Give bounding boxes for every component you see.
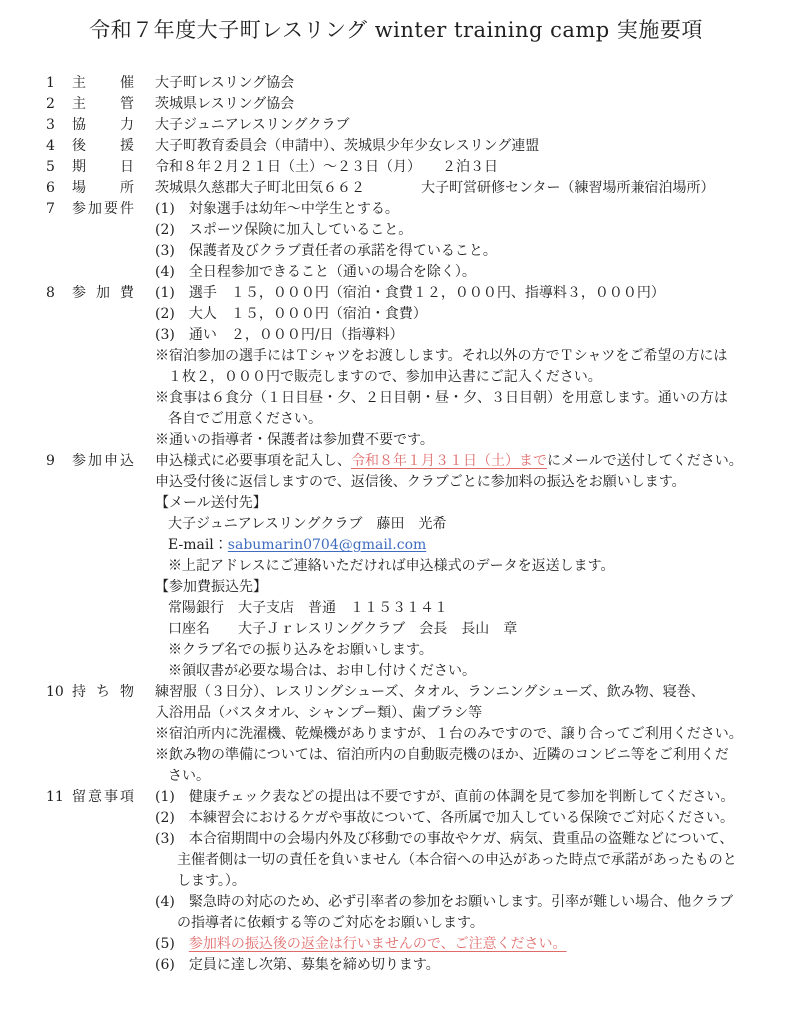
text-segment: 茨城県久慈郡大子町北田気６６２ 大子町営研修センター（練習場所兼宿泊場所） — [155, 180, 714, 196]
section-number: 7 — [46, 199, 72, 220]
document-line: 入浴用品（バスタオル、シャンプー類）、歯ブラシ等 — [155, 703, 792, 724]
text-segment: (1) 健康チェック表などの提出は不要ですが、直前の体調を見て参加を判断してくだ… — [155, 789, 734, 805]
section-label: 後援 — [72, 136, 134, 157]
document-line: 練習服（３日分）、レスリングシューズ、タオル、ランニングシューズ、飲み物、寝巻、 — [155, 682, 792, 703]
text-segment: 大子ジュニアレスリングクラブ 藤田 光希 — [168, 516, 446, 532]
section-content: (1) 対象選手は幼年～中学生とする。(2) スポーツ保険に加入していること。(… — [155, 199, 792, 283]
document-body: 1主催大子町レスリング協会2主管茨城県レスリング協会3協力大子ジュニアレスリング… — [0, 73, 792, 976]
text-segment: 令和８年２月２１日（土）～２３日（月） ２泊３日 — [155, 159, 498, 175]
document-line: 申込様式に必要事項を記入し、令和８年１月３１日（土）までにメールで送付してくださ… — [155, 451, 792, 472]
document-line: 大子町教育委員会（申請中）、茨城県少年少女レスリング連盟 — [155, 136, 792, 157]
section-row: 2主管茨城県レスリング協会 — [0, 94, 792, 115]
section-content: 練習服（３日分）、レスリングシューズ、タオル、ランニングシューズ、飲み物、寝巻、… — [155, 682, 792, 787]
section-number: 6 — [46, 178, 72, 199]
section-content: (1) 健康チェック表などの提出は不要ですが、直前の体調を見て参加を判断してくだ… — [155, 787, 792, 976]
text-segment: ※上記アドレスにご連絡いただければ申込様式のデータを返送します。 — [168, 558, 614, 574]
text-segment: 主催者側は一切の責任を負いません（本合宿への申込があった時点で承諾があったものと — [177, 852, 737, 868]
section-label: 協力 — [72, 115, 134, 136]
section-label: 場所 — [72, 178, 134, 199]
text-segment: にメールで送付してください。 — [547, 453, 743, 469]
document-line: (4) 全日程参加できること（通いの場合を除く）。 — [155, 262, 792, 283]
section-number: 1 — [46, 73, 72, 94]
page-title: 令和７年度大子町レスリング winter training camp 実施要項 — [0, 0, 792, 44]
section-label: 留意事項 — [72, 787, 134, 808]
document-line: 茨城県久慈郡大子町北田気６６２ 大子町営研修センター（練習場所兼宿泊場所） — [155, 178, 792, 199]
section-number: 11 — [46, 787, 72, 808]
document-line: します。）。 — [155, 871, 792, 892]
document-line: 大子ジュニアレスリングクラブ — [155, 115, 792, 136]
section-content: 茨城県レスリング協会 — [155, 94, 792, 115]
text-segment: (5) — [155, 936, 189, 952]
document-line: (3) 通い ２，０００円/日（指導料） — [155, 325, 792, 346]
document-line: (1) 選手 １５，０００円（宿泊・食費１２，０００円、指導料３，０００円） — [155, 283, 792, 304]
text-segment: 入浴用品（バスタオル、シャンプー類）、歯ブラシ等 — [155, 705, 482, 721]
section-content: (1) 選手 １５，０００円（宿泊・食費１２，０００円、指導料３，０００円）(2… — [155, 283, 792, 451]
text-segment: (3) 保護者及びクラブ責任者の承諾を得ていること。 — [155, 243, 497, 259]
document-line: 口座名 大子Ｊｒレスリングクラブ 会長 長山 章 — [155, 619, 792, 640]
text-segment: (3) 本合宿期間中の会場内外及び移動での事故やケガ、病気、貴重品の盗難などにつ… — [155, 831, 733, 847]
red-emphasis-text: 参加料の振込後の返金は行いませんので、ご注意ください。 — [189, 936, 567, 952]
section-number: 5 — [46, 157, 72, 178]
text-segment: (1) 選手 １５，０００円（宿泊・食費１２，０００円、指導料３，０００円） — [155, 285, 665, 301]
text-segment: 【参加費振込先】 — [155, 579, 267, 595]
document-line: (3) 保護者及びクラブ責任者の承諾を得ていること。 — [155, 241, 792, 262]
document-line: 主催者側は一切の責任を負いません（本合宿への申込があった時点で承諾があったものと — [155, 850, 792, 871]
text-segment: 茨城県レスリング協会 — [155, 96, 294, 112]
section-number: 8 — [46, 283, 72, 304]
section-label: 持ち物 — [72, 682, 134, 703]
text-segment: (4) 緊急時の対応のため、必ず引率者の参加をお願いします。引率が難しい場合、他… — [155, 894, 733, 910]
text-segment: (4) 全日程参加できること（通いの場合を除く）。 — [155, 264, 476, 280]
text-segment: 【メール送付先】 — [155, 495, 267, 511]
document-line: １枚２，０００円で販売しますので、参加申込書にご記入ください。 — [155, 367, 792, 388]
document-line: ※クラブ名での振り込みをお願いします。 — [155, 640, 792, 661]
text-segment: 申込様式に必要事項を記入し、 — [155, 453, 351, 469]
section-content: 令和８年２月２１日（土）～２３日（月） ２泊３日 — [155, 157, 792, 178]
document-line: (5) 参加料の振込後の返金は行いませんので、ご注意ください。 — [155, 934, 792, 955]
section-content: 申込様式に必要事項を記入し、令和８年１月３１日（土）までにメールで送付してくださ… — [155, 451, 792, 682]
document-line: (6) 定員に達し次第、募集を締め切ります。 — [155, 955, 792, 976]
document-line: 各自でご用意ください。 — [155, 409, 792, 430]
text-segment: (3) 通い ２，０００円/日（指導料） — [155, 327, 404, 343]
text-segment: １枚２，０００円で販売しますので、参加申込書にご記入ください。 — [168, 369, 602, 385]
text-segment: 練習服（３日分）、レスリングシューズ、タオル、ランニングシューズ、飲み物、寝巻、 — [155, 684, 705, 700]
text-segment: 各自でご用意ください。 — [168, 411, 322, 427]
section-row: 3協力大子ジュニアレスリングクラブ — [0, 115, 792, 136]
text-segment: 大子ジュニアレスリングクラブ — [155, 117, 349, 133]
text-segment: 口座名 大子Ｊｒレスリングクラブ 会長 長山 章 — [168, 621, 517, 637]
text-segment: 常陽銀行 大子支店 普通 １１５３１４１ — [168, 600, 448, 616]
text-segment: します。）。 — [177, 873, 246, 889]
text-segment: E-mail： — [168, 537, 228, 553]
document-line: 常陽銀行 大子支店 普通 １１５３１４１ — [155, 598, 792, 619]
text-segment: ※領収書が必要な場合は、お申し付けください。 — [168, 663, 476, 679]
email-link[interactable]: sabumarin0704@gmail.com — [228, 537, 426, 553]
document-line: 【参加費振込先】 — [155, 577, 792, 598]
section-row: 7参加要件(1) 対象選手は幼年～中学生とする。(2) スポーツ保険に加入してい… — [0, 199, 792, 283]
document-line: 令和８年２月２１日（土）～２３日（月） ２泊３日 — [155, 157, 792, 178]
document-line: さい。 — [155, 766, 792, 787]
section-label: 主催 — [72, 73, 134, 94]
text-segment: 大子町教育委員会（申請中）、茨城県少年少女レスリング連盟 — [155, 138, 539, 154]
document-line: ※領収書が必要な場合は、お申し付けください。 — [155, 661, 792, 682]
section-row: 5期日令和８年２月２１日（土）～２３日（月） ２泊３日 — [0, 157, 792, 178]
text-segment: (2) 大人 １５，０００円（宿泊・食費） — [155, 306, 427, 322]
section-content: 茨城県久慈郡大子町北田気６６２ 大子町営研修センター（練習場所兼宿泊場所） — [155, 178, 792, 199]
section-row: 10持ち物練習服（３日分）、レスリングシューズ、タオル、ランニングシューズ、飲み… — [0, 682, 792, 787]
document-line: (1) 対象選手は幼年～中学生とする。 — [155, 199, 792, 220]
document-line: (1) 健康チェック表などの提出は不要ですが、直前の体調を見て参加を判断してくだ… — [155, 787, 792, 808]
document-line: E-mail：sabumarin0704@gmail.com — [155, 535, 792, 556]
section-row: 4後援大子町教育委員会（申請中）、茨城県少年少女レスリング連盟 — [0, 136, 792, 157]
document-line: 申込受付後に返信しますので、返信後、クラブごとに参加料の振込をお願いします。 — [155, 472, 792, 493]
text-segment: ※クラブ名での振り込みをお願いします。 — [168, 642, 433, 658]
section-number: 2 — [46, 94, 72, 115]
document-line: 茨城県レスリング協会 — [155, 94, 792, 115]
page: 令和７年度大子町レスリング winter training camp 実施要項 … — [0, 0, 792, 1024]
document-line: (4) 緊急時の対応のため、必ず引率者の参加をお願いします。引率が難しい場合、他… — [155, 892, 792, 913]
text-segment: (1) 対象選手は幼年～中学生とする。 — [155, 201, 399, 217]
section-row: 1主催大子町レスリング協会 — [0, 73, 792, 94]
text-segment: ※飲み物の準備については、宿泊所内の自動販売機のほか、近隣のコンビニ等をご利用く… — [155, 747, 729, 763]
section-number: 4 — [46, 136, 72, 157]
text-segment: ※通いの指導者・保護者は参加費不要です。 — [155, 432, 434, 448]
text-segment: の指導者に依頼する等のご対応をお願いします。 — [177, 915, 484, 931]
document-line: 大子町レスリング協会 — [155, 73, 792, 94]
document-line: (3) 本合宿期間中の会場内外及び移動での事故やケガ、病気、貴重品の盗難などにつ… — [155, 829, 792, 850]
document-line: ※宿泊所内に洗濯機、乾燥機がありますが、１台のみですので、譲り合ってご利用くださ… — [155, 724, 792, 745]
text-segment: ※食事は６食分（１日目昼・夕、２日目朝・昼・夕、３日目朝）を用意します。通いの方… — [155, 390, 728, 406]
section-number: 10 — [46, 682, 72, 703]
text-segment: ※宿泊所内に洗濯機、乾燥機がありますが、１台のみですので、譲り合ってご利用くださ… — [155, 726, 743, 742]
text-segment: (6) 定員に達し次第、募集を締め切ります。 — [155, 957, 440, 973]
document-line: 【メール送付先】 — [155, 493, 792, 514]
text-segment: (2) スポーツ保険に加入していること。 — [155, 222, 412, 238]
document-line: ※宿泊参加の選手にはＴシャツをお渡しします。それ以外の方でＴシャツをご希望の方に… — [155, 346, 792, 367]
section-row: 9参加申込申込様式に必要事項を記入し、令和８年１月３１日（土）までにメールで送付… — [0, 451, 792, 682]
section-content: 大子町教育委員会（申請中）、茨城県少年少女レスリング連盟 — [155, 136, 792, 157]
section-row: 8参加費(1) 選手 １５，０００円（宿泊・食費１２，０００円、指導料３，０００… — [0, 283, 792, 451]
section-row: 6場所茨城県久慈郡大子町北田気６６２ 大子町営研修センター（練習場所兼宿泊場所） — [0, 178, 792, 199]
text-segment: (2) 本練習会におけるケガや事故について、各所属で加入している保険でご対応くだ… — [155, 810, 734, 826]
document-line: の指導者に依頼する等のご対応をお願いします。 — [155, 913, 792, 934]
section-number: 3 — [46, 115, 72, 136]
section-label: 参加要件 — [72, 199, 134, 220]
text-segment: 大子町レスリング協会 — [155, 75, 294, 91]
section-content: 大子町レスリング協会 — [155, 73, 792, 94]
document-line: (2) 本練習会におけるケガや事故について、各所属で加入している保険でご対応くだ… — [155, 808, 792, 829]
document-line: ※食事は６食分（１日目昼・夕、２日目朝・昼・夕、３日目朝）を用意します。通いの方… — [155, 388, 792, 409]
section-content: 大子ジュニアレスリングクラブ — [155, 115, 792, 136]
section-label: 参加費 — [72, 283, 134, 304]
document-line: (2) スポーツ保険に加入していること。 — [155, 220, 792, 241]
text-segment: ※宿泊参加の選手にはＴシャツをお渡しします。それ以外の方でＴシャツをご希望の方に… — [155, 348, 727, 364]
red-emphasis-text: 令和８年１月３１日（土）まで — [351, 453, 547, 469]
document-line: ※飲み物の準備については、宿泊所内の自動販売機のほか、近隣のコンビニ等をご利用く… — [155, 745, 792, 766]
section-number: 9 — [46, 451, 72, 472]
document-line: (2) 大人 １５，０００円（宿泊・食費） — [155, 304, 792, 325]
text-segment: さい。 — [168, 768, 210, 784]
section-label: 主管 — [72, 94, 134, 115]
document-line: ※通いの指導者・保護者は参加費不要です。 — [155, 430, 792, 451]
text-segment: 申込受付後に返信しますので、返信後、クラブごとに参加料の振込をお願いします。 — [155, 474, 686, 490]
section-row: 11留意事項(1) 健康チェック表などの提出は不要ですが、直前の体調を見て参加を… — [0, 787, 792, 976]
document-line: ※上記アドレスにご連絡いただければ申込様式のデータを返送します。 — [155, 556, 792, 577]
section-label: 期日 — [72, 157, 134, 178]
section-label: 参加申込 — [72, 451, 134, 472]
document-line: 大子ジュニアレスリングクラブ 藤田 光希 — [155, 514, 792, 535]
